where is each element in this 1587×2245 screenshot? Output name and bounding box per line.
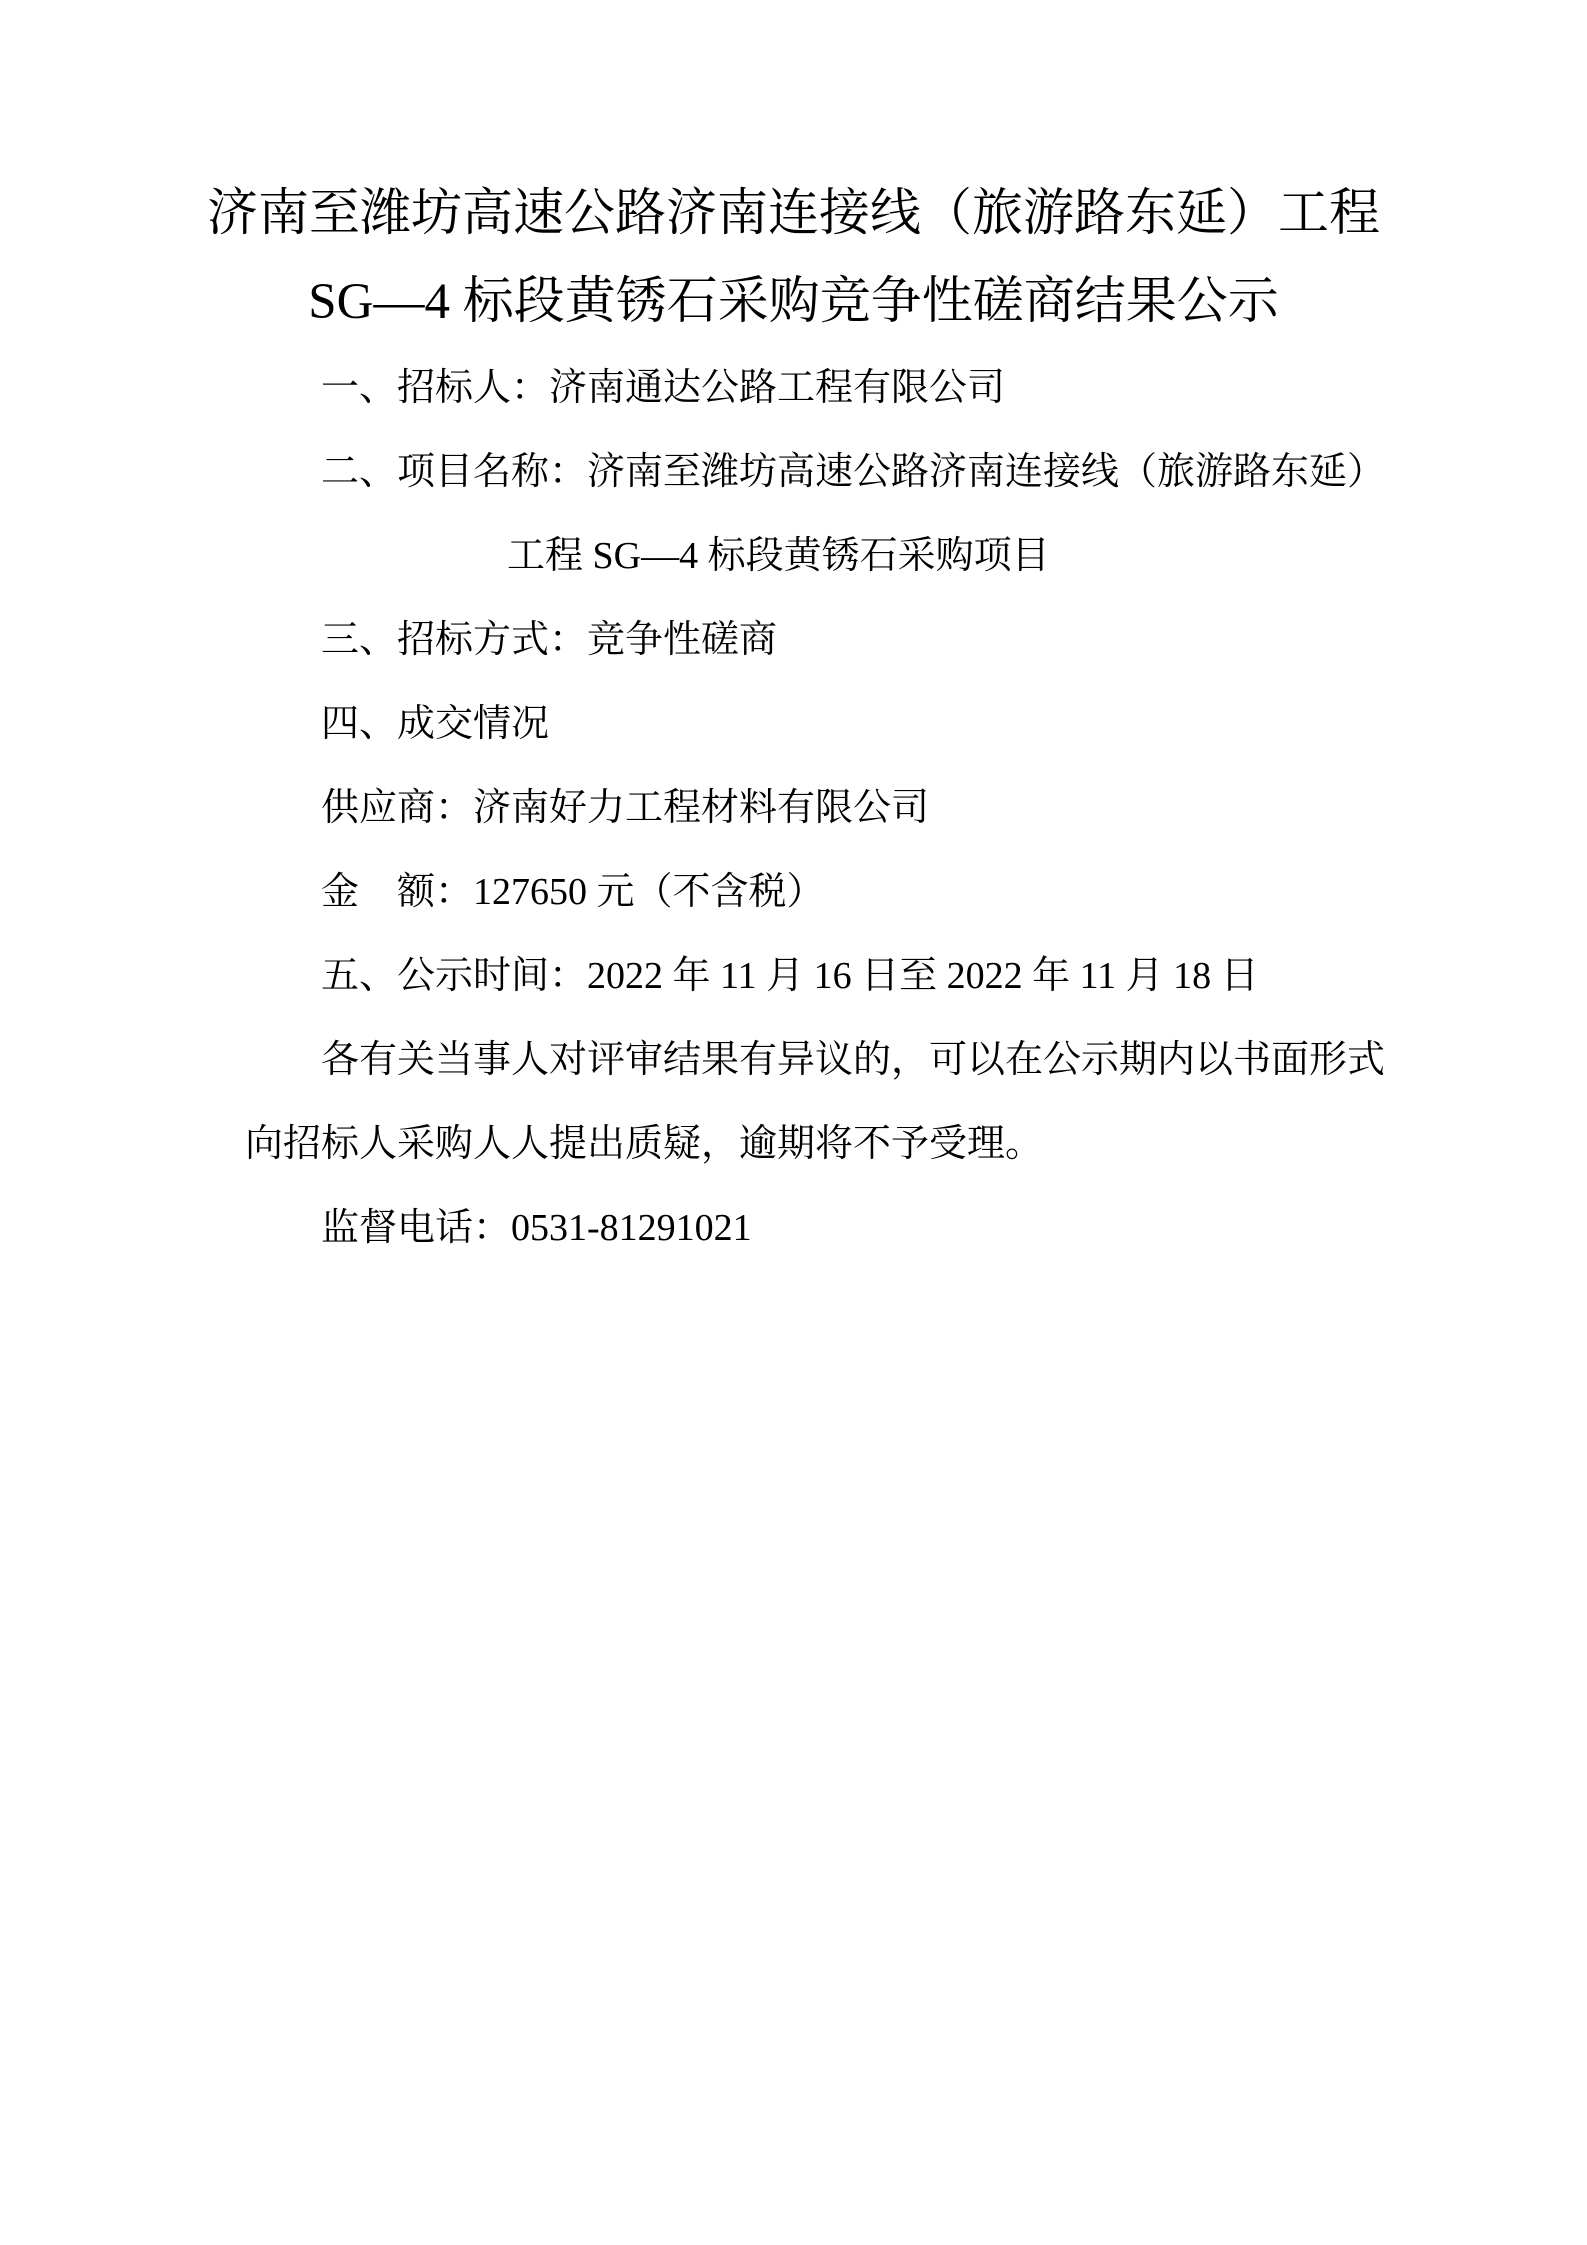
paragraph-tenderer: 一、招标人：济南通达公路工程有限公司 xyxy=(245,346,1393,430)
title-line-1: 济南至潍坊高速公路济南连接线（旅游路东延）工程 xyxy=(0,170,1587,258)
document-page: 济南至潍坊高速公路济南连接线（旅游路东延）工程 SG—4 标段黄锈石采购竞争性磋… xyxy=(0,0,1587,2245)
paragraph-award-heading: 四、成交情况 xyxy=(245,682,1393,766)
paragraph-project-name-line-2: 工程 SG—4 标段黄锈石采购项目 xyxy=(245,514,1393,598)
paragraph-project-name-line-1: 二、项目名称：济南至潍坊高速公路济南连接线（旅游路东延） xyxy=(245,430,1393,514)
paragraph-objection-line-1: 各有关当事人对评审结果有异议的，可以在公示期内以书面形式 xyxy=(245,1018,1393,1102)
paragraph-objection-line-2: 向招标人采购人人提出质疑，逾期将不予受理。 xyxy=(245,1102,1393,1186)
paragraph-amount: 金 额：127650 元（不含税） xyxy=(245,850,1393,934)
paragraph-tender-method: 三、招标方式：竞争性磋商 xyxy=(245,598,1393,682)
paragraph-publicity-period: 五、公示时间：2022 年 11 月 16 日至 2022 年 11 月 18 … xyxy=(245,934,1393,1018)
paragraph-supervision-phone: 监督电话：0531-81291021 xyxy=(245,1186,1393,1270)
paragraph-supplier: 供应商：济南好力工程材料有限公司 xyxy=(245,766,1393,850)
document-title: 济南至潍坊高速公路济南连接线（旅游路东延）工程 SG—4 标段黄锈石采购竞争性磋… xyxy=(0,170,1587,346)
title-line-2: SG—4 标段黄锈石采购竞争性磋商结果公示 xyxy=(0,258,1587,346)
